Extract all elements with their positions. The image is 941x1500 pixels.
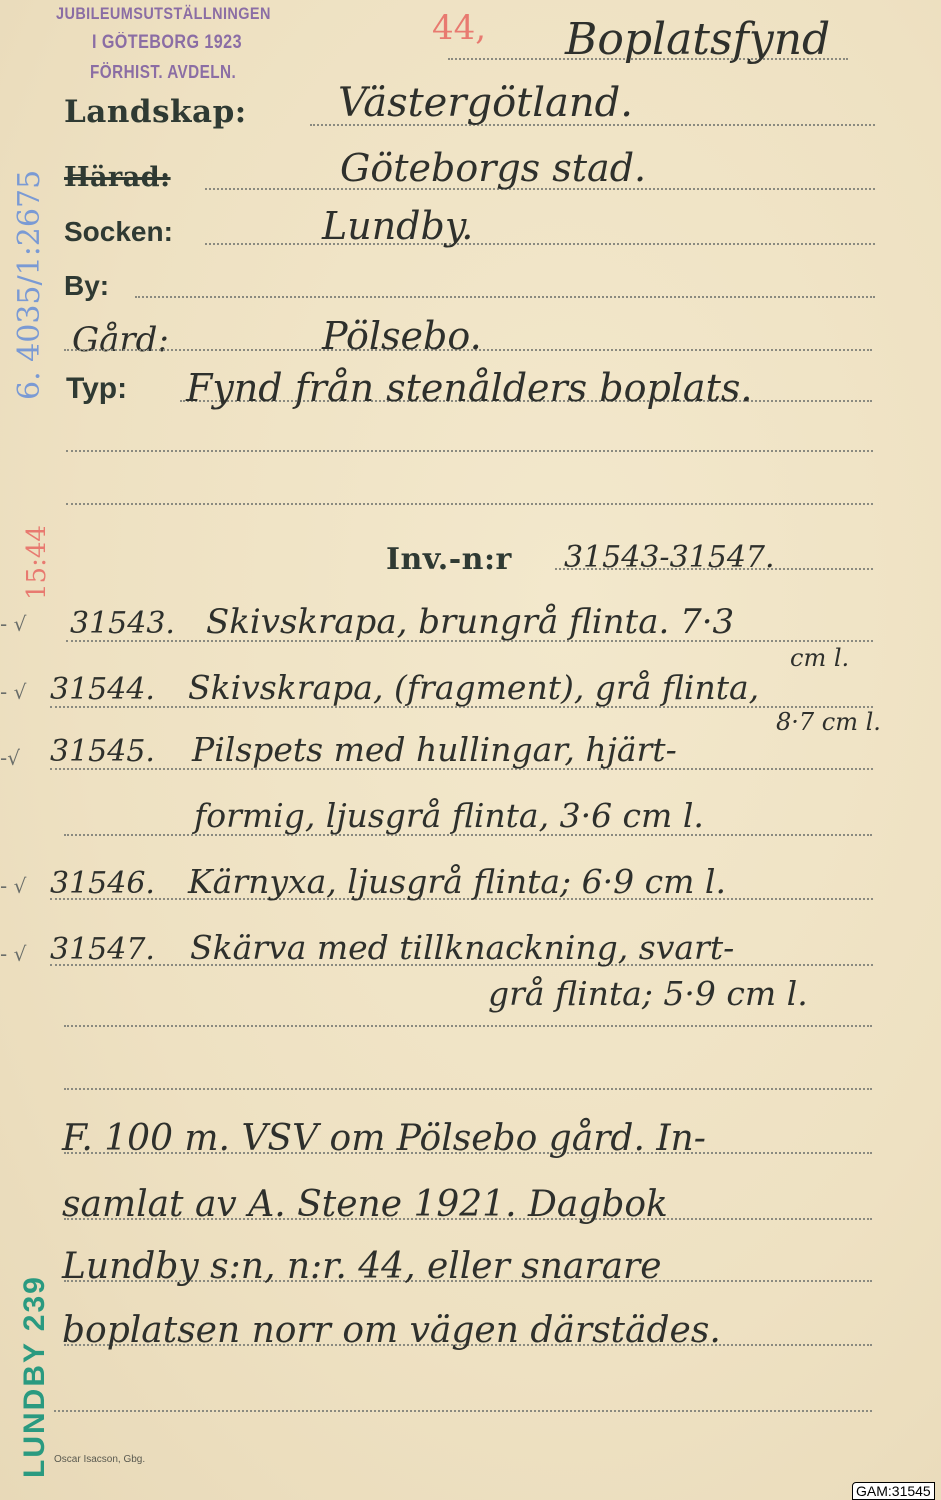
item-description: Pilspets med hullingar, hjärt- xyxy=(192,730,677,769)
item-number: 31543. xyxy=(70,606,175,641)
check-mark: -√ xyxy=(0,746,20,770)
label-typ: Typ: xyxy=(66,372,127,406)
label-gard: Gård: xyxy=(72,320,169,360)
label-socken: Socken: xyxy=(64,216,173,248)
item-number: 31545. xyxy=(50,734,155,769)
check-mark: - √ xyxy=(0,942,26,966)
card-title: Boplatsfynd xyxy=(565,14,830,65)
check-mark: - √ xyxy=(0,612,26,636)
check-mark: - √ xyxy=(0,680,26,704)
exhibition-stamp-line3: FÖRHIST. AVDELN. xyxy=(90,62,236,83)
inventory-range: 31543-31547. xyxy=(564,540,775,575)
empty-line xyxy=(66,503,873,505)
item-description-cont: formig, ljusgrå flinta, 3·6 cm l. xyxy=(194,796,704,835)
value-harad: Göteborgs stad. xyxy=(340,146,646,190)
label-landskap: Landskap: xyxy=(64,94,247,130)
note-line-4: boplatsen norr om vägen därstädes. xyxy=(62,1310,721,1351)
item-description-cont: 8·7 cm l. xyxy=(776,708,881,736)
red-number: 44, xyxy=(432,8,486,48)
label-by: By: xyxy=(64,270,109,302)
item-description: Kärnyxa, ljusgrå flinta; 6·9 cm l. xyxy=(188,862,726,901)
empty-line xyxy=(64,1088,872,1090)
exhibition-stamp-line2: I GÖTEBORG 1923 xyxy=(92,32,242,54)
value-gard: Pölsebo. xyxy=(322,314,482,358)
item-number: 31547. xyxy=(50,932,155,967)
note-line-1: F. 100 m. VSV om Pölsebo gård. In- xyxy=(62,1118,706,1159)
item-number: 31546. xyxy=(50,866,155,901)
item-number: 31544. xyxy=(50,672,155,707)
check-mark: - √ xyxy=(0,874,26,898)
label-inventory: Inv.-n:r xyxy=(386,542,512,577)
empty-line xyxy=(66,450,873,452)
empty-line xyxy=(54,1410,872,1412)
value-socken: Lundby. xyxy=(322,204,473,248)
label-harad: Härad: xyxy=(64,162,171,193)
item-description: Skivskrapa, brungrå flinta. 7·3 xyxy=(206,602,734,642)
red-pencil-annotation: 15:44 xyxy=(22,525,52,600)
value-landskap: Västergötland. xyxy=(338,80,633,126)
catalog-id-label: GAM:31545 xyxy=(852,1482,935,1500)
item-description-cont: cm l. xyxy=(790,644,849,672)
note-line-3: Lundby s:n, n:r. 44, eller snarare xyxy=(62,1246,662,1287)
item-description: Skärva med tillknackning, svart- xyxy=(190,928,734,967)
item-description: Skivskrapa, (fragment), grå flinta, xyxy=(188,668,759,707)
empty-line xyxy=(64,1025,872,1027)
lundby-stamp: LUNDBY 239 xyxy=(18,1275,52,1478)
catalog-card: JUBILEUMSUTSTÄLLNINGEN I GÖTEBORG 1923 F… xyxy=(0,0,941,1500)
line-socken xyxy=(205,243,875,245)
line-by xyxy=(135,296,875,298)
note-line-2: samlat av A. Stene 1921. Dagbok xyxy=(62,1184,668,1225)
item-description-cont: grå flinta; 5·9 cm l. xyxy=(488,974,808,1013)
blue-pencil-annotation: 6. 4035/1:2675 xyxy=(12,170,47,400)
printer-credit: Oscar Isacson, Gbg. xyxy=(54,1454,145,1465)
value-typ: Fynd från stenålders boplats. xyxy=(186,366,752,410)
exhibition-stamp-line1: JUBILEUMSUTSTÄLLNINGEN xyxy=(56,4,271,24)
